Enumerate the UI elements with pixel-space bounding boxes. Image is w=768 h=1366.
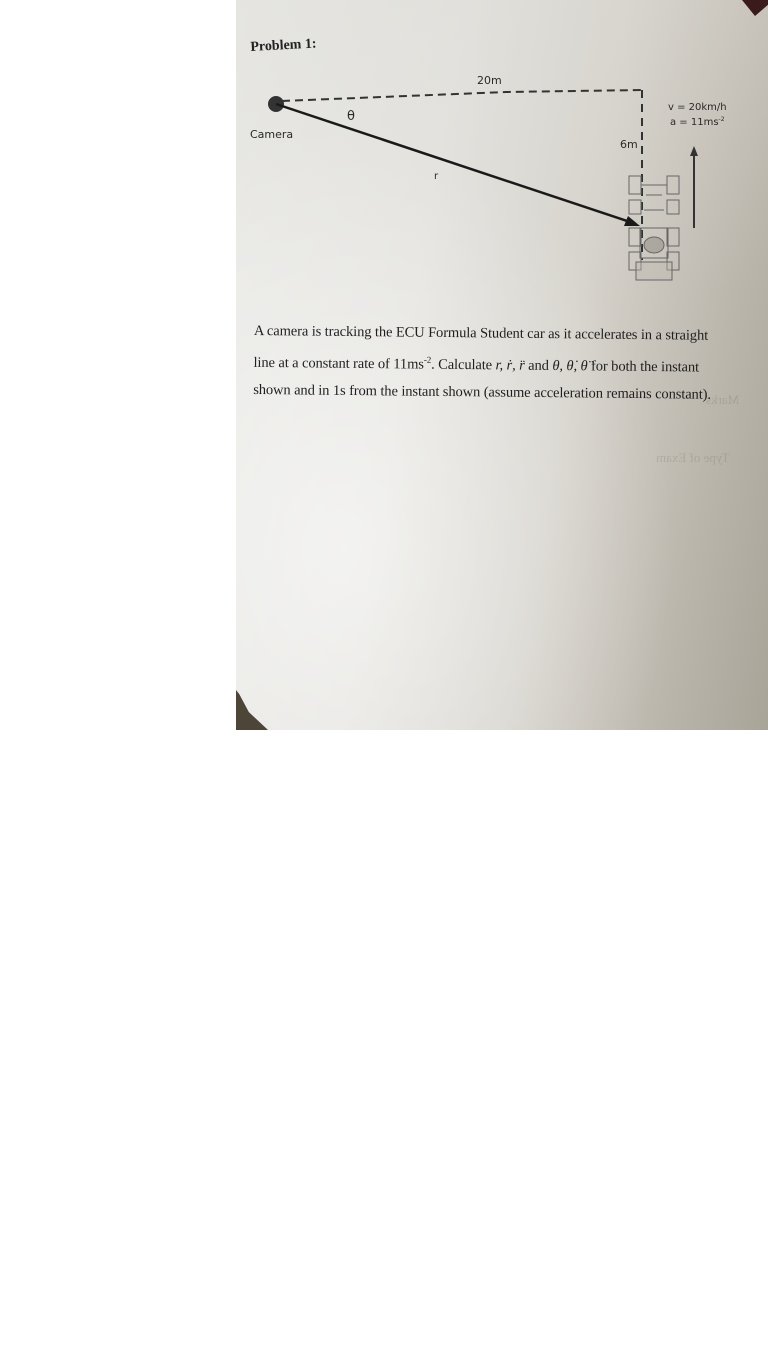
range-arrowhead: [624, 216, 640, 226]
horizontal-dashed-line: [282, 90, 642, 101]
r-derivatives: r, ṙ, r̈: [495, 357, 524, 373]
problem-statement: A camera is tracking the ECU Formula Stu…: [253, 318, 754, 409]
theta-derivatives: θ, θ̇, θ̈: [552, 358, 587, 374]
velocity-label: v = 20km/h: [668, 102, 727, 113]
camera-label: Camera: [250, 128, 293, 141]
vertical-distance-label: 6m: [620, 138, 638, 151]
velocity-arrowhead: [690, 146, 698, 156]
problem-line-2: line at a constant rate of 11ms-2. Calcu…: [253, 345, 753, 382]
bleed-through-text: Type of Exam: [656, 450, 729, 466]
range-label: r: [434, 171, 439, 182]
angle-label: θ: [347, 109, 355, 124]
acceleration-label: a = 11ms-2: [670, 116, 725, 128]
range-line: [276, 104, 636, 224]
tracking-diagram: 20m θ Camera r 6m v = 20km/h a = 11ms-2: [236, 0, 768, 300]
horizontal-distance-label: 20m: [477, 74, 502, 87]
problem-line-3: shown and in 1s from the instant shown (…: [253, 377, 753, 409]
problem-sheet-photo: Marks Type of Exam Problem 1:: [236, 0, 768, 730]
formula-car-icon: [629, 176, 679, 280]
